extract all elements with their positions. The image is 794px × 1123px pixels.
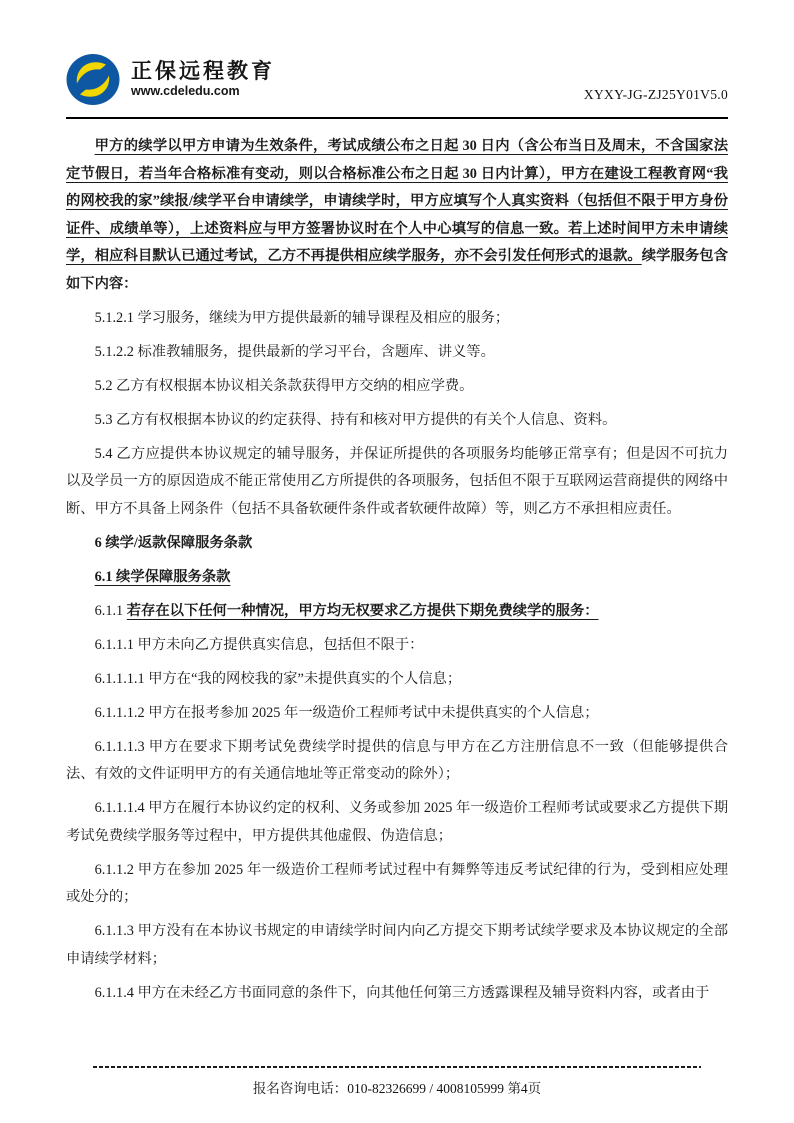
clause-6-1-1-1-1: 6.1.1.1.1 甲方在“我的网校我的家”未提供真实的个人信息； bbox=[66, 666, 728, 694]
clause-6-1-1-1-3: 6.1.1.1.3 甲方在要求下期考试免费续学时提供的信息与甲方在乙方注册信息不… bbox=[66, 734, 728, 789]
brand-name: 正保远程教育 bbox=[131, 60, 275, 84]
clause-6-1-1-1: 6.1.1.1 甲方未向乙方提供真实信息，包括但不限于： bbox=[66, 632, 728, 660]
section-6-1-heading: 6.1 续学保障服务条款 bbox=[66, 564, 728, 592]
brand-logo-icon bbox=[66, 53, 120, 106]
clause-6-1-1-3: 6.1.1.3 甲方没有在本协议书规定的申请续学时间内向乙方提交下期考试续学要求… bbox=[66, 918, 728, 973]
page-number: 第4页 bbox=[507, 1081, 541, 1096]
page-footer: 报名咨询电话：010-82326699 / 4008105999 第4页 bbox=[0, 1066, 794, 1097]
document-body: 甲方的续学以甲方申请为生效条件，考试成绩公布之日起 30 日内（含公布当日及周末… bbox=[66, 133, 728, 1007]
clause-5-4: 5.4 乙方应提供本协议规定的辅导服务，并保证所提供的各项服务均能够正常享有；但… bbox=[66, 441, 728, 524]
doc-code: XYXY-JG-ZJ25Y01V5.0 bbox=[584, 87, 728, 106]
clause-6-1-1: 6.1.1 若存在以下任何一种情况，甲方均无权要求乙方提供下期免费续学的服务： bbox=[66, 598, 728, 626]
page-header: 正保远程教育 www.cdeledu.com XYXY-JG-ZJ25Y01V5… bbox=[66, 46, 728, 106]
clause-6-1-1-1-2: 6.1.1.1.2 甲方在报考参加 2025 年一级造价工程师考试中未提供真实的… bbox=[66, 700, 728, 728]
brand: 正保远程教育 www.cdeledu.com bbox=[66, 53, 275, 106]
clause-5-3: 5.3 乙方有权根据本协议的约定获得、持有和核对甲方提供的有关个人信息、资料。 bbox=[66, 407, 728, 435]
brand-url: www.cdeledu.com bbox=[131, 84, 275, 99]
footer-divider bbox=[93, 1066, 701, 1068]
clause-6-1-1-number: 6.1.1 bbox=[95, 603, 127, 619]
section-6-heading: 6 续学/返款保障服务条款 bbox=[66, 530, 728, 558]
header-divider bbox=[66, 117, 728, 119]
footer-contact: 报名咨询电话：010-82326699 / 4008105999 第4页 bbox=[0, 1077, 794, 1097]
clause-5-1-2-1: 5.1.2.1 学习服务，继续为甲方提供最新的辅导课程及相应的服务； bbox=[66, 305, 728, 333]
section-6-1-heading-text: 6.1 续学保障服务条款 bbox=[95, 569, 231, 585]
clause-6-1-1-1-4: 6.1.1.1.4 甲方在履行本协议约定的权利、义务或参加 2025 年一级造价… bbox=[66, 795, 728, 850]
clause-6-1-1-2: 6.1.1.2 甲方在参加 2025 年一级造价工程师考试过程中有舞弊等违反考试… bbox=[66, 857, 728, 912]
clause-6-1-1-4: 6.1.1.4 甲方在未经乙方书面同意的条件下，向其他任何第三方透露课程及辅导资… bbox=[66, 980, 728, 1008]
document-page: 正保远程教育 www.cdeledu.com XYXY-JG-ZJ25Y01V5… bbox=[0, 0, 794, 1123]
clause-intro: 甲方的续学以甲方申请为生效条件，考试成绩公布之日起 30 日内（含公布当日及周末… bbox=[66, 133, 728, 298]
brand-text: 正保远程教育 www.cdeledu.com bbox=[131, 60, 275, 99]
clause-6-1-1-text: 若存在以下任何一种情况，甲方均无权要求乙方提供下期免费续学的服务： bbox=[127, 603, 599, 619]
footer-phone: 报名咨询电话：010-82326699 / 4008105999 bbox=[253, 1081, 504, 1096]
clause-5-1-2-2: 5.1.2.2 标准教辅服务，提供最新的学习平台，含题库、讲义等。 bbox=[66, 339, 728, 367]
clause-intro-underlined: 甲方的续学以甲方申请为生效条件，考试成绩公布之日起 30 日内（含公布当日及周末… bbox=[66, 138, 728, 264]
clause-5-2: 5.2 乙方有权根据本协议相关条款获得甲方交纳的相应学费。 bbox=[66, 373, 728, 401]
